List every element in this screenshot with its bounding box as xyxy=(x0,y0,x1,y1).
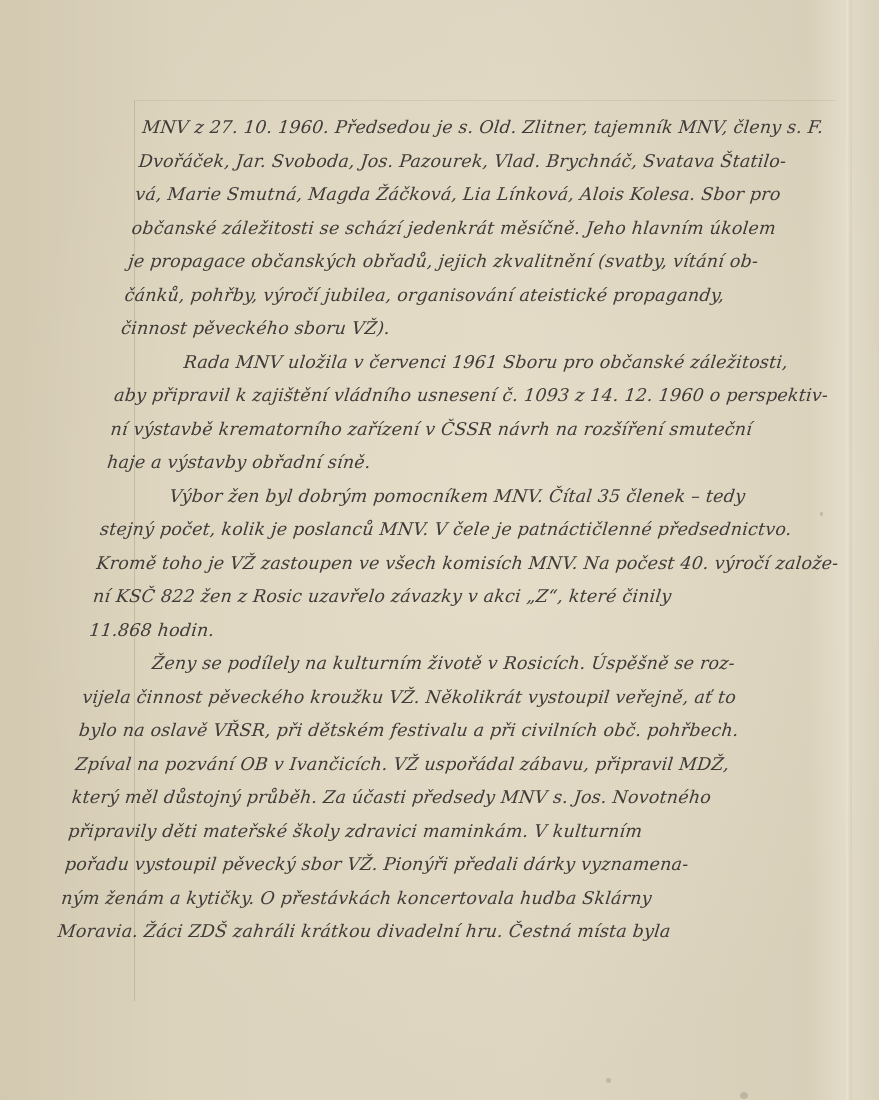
text-line: je propagace občanských obřadů, jejich z… xyxy=(126,246,820,280)
page-edge xyxy=(846,0,852,1100)
paragraph-start-line: Rada MNV uložila v červenci 1961 Sboru p… xyxy=(116,347,810,381)
text-line: Moravia. Žáci ZDŠ zahráli krátkou divade… xyxy=(56,916,750,950)
text-line: Zpíval na pozvání OB v Ivančicích. VŽ us… xyxy=(74,749,768,783)
text-line: haje a výstavby obřadní síně. xyxy=(105,447,799,481)
handwritten-text-block: MNV z 27. 10. 1960. Předsedou je s. Old.… xyxy=(56,112,834,950)
text-line: aby připravil k zajištění vládního usnes… xyxy=(112,380,806,414)
text-line: který měl důstojný průběh. Za účasti pře… xyxy=(70,782,764,816)
text-line: činnost pěveckého sboru VŽ). xyxy=(119,313,813,347)
text-line: čánků, pohřby, výročí jubilea, organisov… xyxy=(123,280,817,314)
paper-spot xyxy=(740,1092,748,1099)
text-line: vá, Marie Smutná, Magda Žáčková, Lia Lín… xyxy=(133,179,827,213)
text-line: ným ženám a kytičky. O přestávkách konce… xyxy=(59,883,753,917)
text-line: Kromě toho je VŽ zastoupen ve všech komi… xyxy=(95,548,789,582)
text-line: stejný počet, kolik je poslanců MNV. V č… xyxy=(98,514,792,548)
paragraph-start-line: Výbor žen byl dobrým pomocníkem MNV. Čít… xyxy=(102,481,796,515)
text-line: připravily děti mateřské školy zdravici … xyxy=(67,816,761,850)
text-line: pořadu vystoupil pěvecký sbor VŽ. Pionýř… xyxy=(63,849,757,883)
text-line: vijela činnost pěveckého kroužku VŽ. Něk… xyxy=(81,682,775,716)
paragraph-start-line: Ženy se podílely na kulturním životě v R… xyxy=(84,648,778,682)
text-line: Dvořáček, Jar. Svoboda, Jos. Pazourek, V… xyxy=(137,146,831,180)
paper-spot xyxy=(820,512,823,516)
text-line: MNV z 27. 10. 1960. Předsedou je s. Old.… xyxy=(140,112,834,146)
text-line: bylo na oslavě VŘSR, při dětském festiva… xyxy=(77,715,771,749)
text-line: ní KSČ 822 žen z Rosic uzavřelo závazky … xyxy=(91,581,785,615)
text-line: občanské záležitosti se schází jedenkrát… xyxy=(130,213,824,247)
text-line: ní výstavbě krematorního zařízení v ČSSR… xyxy=(109,414,803,448)
text-line: 11.868 hodin. xyxy=(88,615,782,649)
paper-spot xyxy=(606,1078,611,1083)
